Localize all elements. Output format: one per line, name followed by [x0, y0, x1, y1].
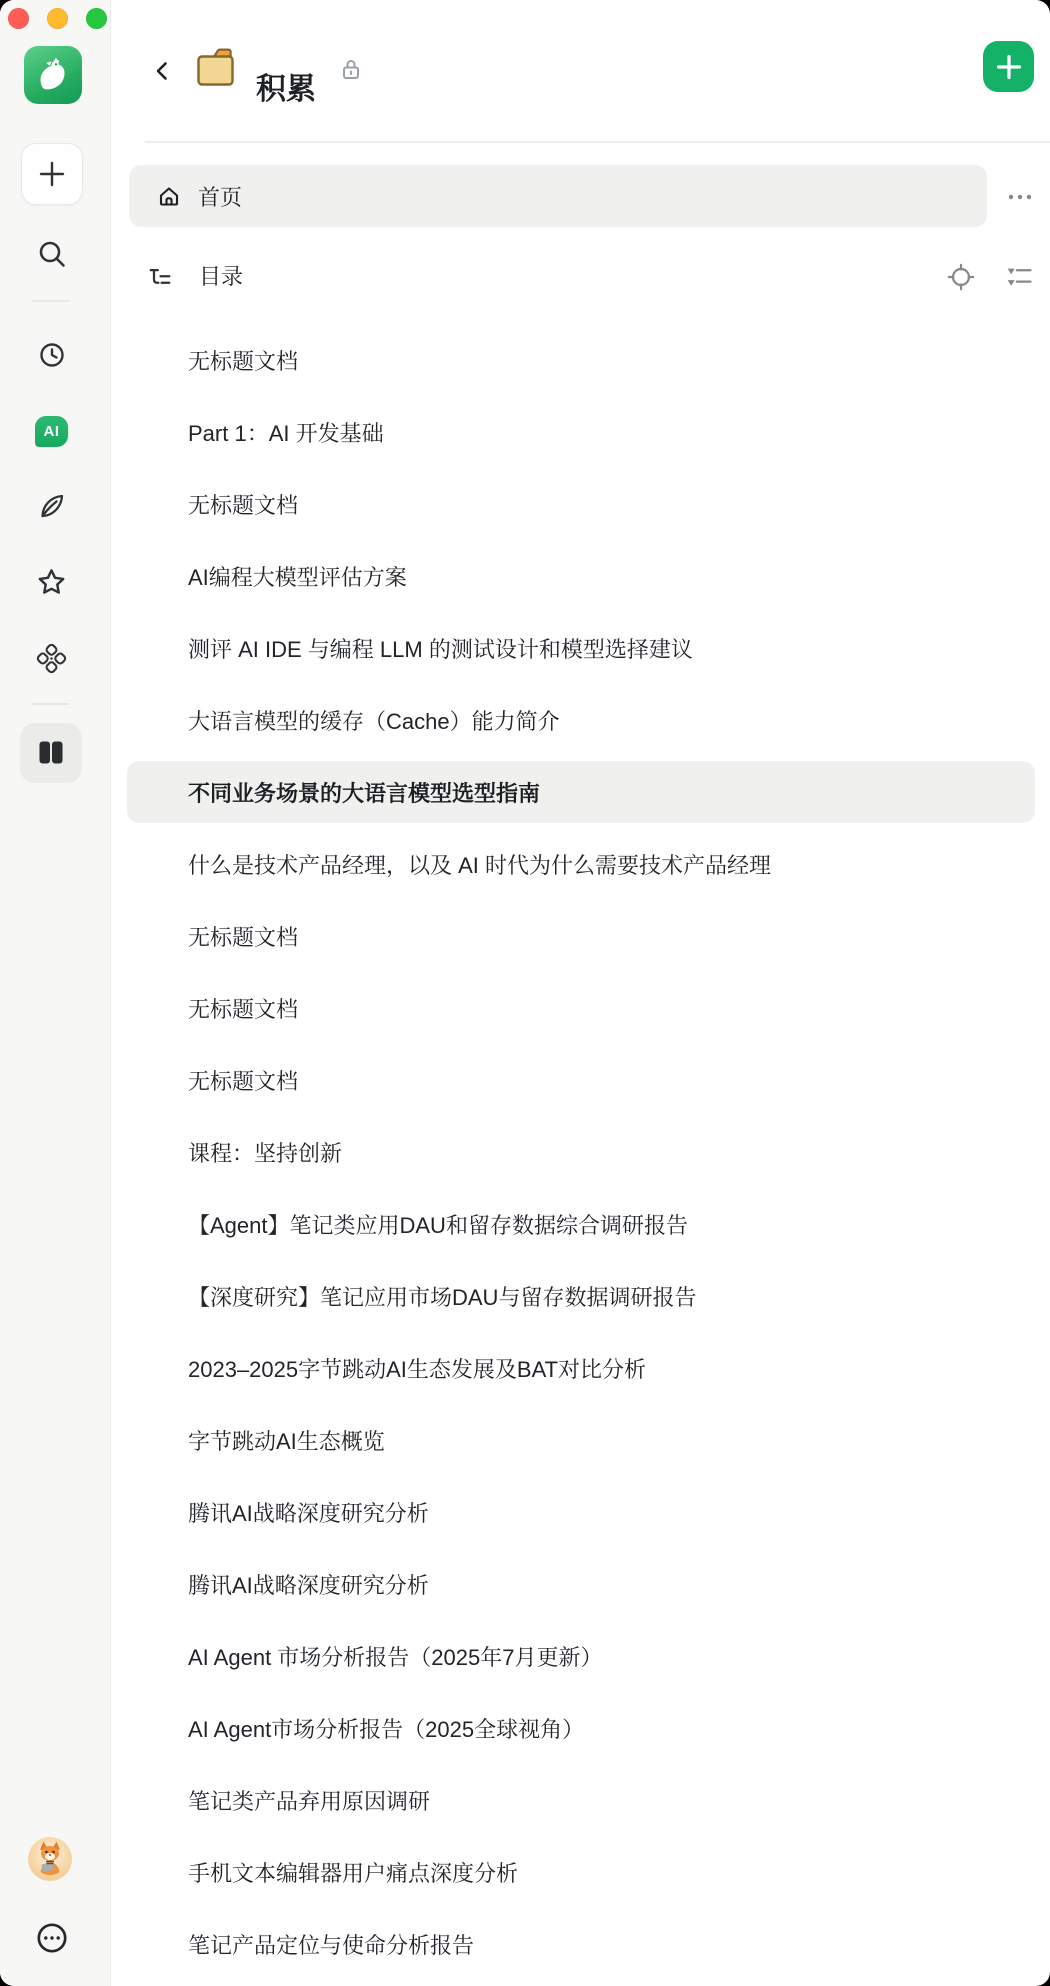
ellipsis-icon: [1007, 192, 1033, 202]
doc-list-item[interactable]: 无标题文档: [0, 1044, 1050, 1116]
doc-list-item[interactable]: 无标题文档: [0, 468, 1050, 540]
doc-list-item[interactable]: 无标题文档: [0, 324, 1050, 396]
doc-title: 什么是技术产品经理，以及 AI 时代为什么需要技术产品经理: [188, 849, 771, 880]
doc-title: 笔记产品定位与使命分析报告: [188, 1929, 474, 1960]
doc-list-item[interactable]: 手机文本编辑器用户痛点深度分析: [0, 1836, 1050, 1908]
doc-list-item[interactable]: 【Agent】笔记类应用DAU和留存数据综合调研报告: [0, 1188, 1050, 1260]
app-logo-icon[interactable]: [24, 46, 82, 104]
folder-icon: [192, 44, 239, 91]
doc-list: 无标题文档 Part 1：AI 开发基础 无标题文档 AI编程大模型评估方案 测…: [0, 324, 1050, 1980]
lock-icon: [341, 57, 361, 81]
doc-list-item[interactable]: Part 1：AI 开发基础: [0, 396, 1050, 468]
minimize-window-button[interactable]: [47, 8, 68, 29]
close-window-button[interactable]: [8, 8, 29, 29]
chevron-left-icon: [151, 59, 175, 83]
doc-list-item[interactable]: 2023–2025字节跳动AI生态发展及BAT对比分析: [0, 1332, 1050, 1404]
search-icon: [36, 238, 68, 270]
doc-list-item[interactable]: 腾讯AI战略深度研究分析: [0, 1548, 1050, 1620]
toc-tree-icon: [148, 265, 172, 289]
doc-list-item[interactable]: 腾讯AI战略深度研究分析: [0, 1476, 1050, 1548]
doc-title: AI Agent 市场分析报告（2025年7月更新）: [188, 1641, 602, 1672]
doc-list-item[interactable]: 字节跳动AI生态概览: [0, 1404, 1050, 1476]
doc-title: 笔记类产品弃用原因调研: [188, 1785, 430, 1816]
collapse-list-icon: [1006, 264, 1033, 291]
doc-title: 腾讯AI战略深度研究分析: [188, 1497, 429, 1528]
home-label: 首页: [198, 181, 242, 212]
sidebar-divider: [32, 300, 70, 302]
doc-list-item[interactable]: 大语言模型的缓存（Cache）能力简介: [0, 684, 1050, 756]
doc-list-item[interactable]: AI Agent市场分析报告（2025全球视角）: [0, 1692, 1050, 1764]
doc-title: 字节跳动AI生态概览: [188, 1425, 385, 1456]
doc-title: 2023–2025字节跳动AI生态发展及BAT对比分析: [188, 1353, 646, 1384]
back-button[interactable]: [149, 57, 177, 85]
doc-title: AI编程大模型评估方案: [188, 561, 407, 592]
doc-list-item[interactable]: 不同业务场景的大语言模型选型指南: [0, 756, 1050, 828]
home-more-button[interactable]: [998, 186, 1042, 208]
doc-list-item[interactable]: 无标题文档: [0, 972, 1050, 1044]
doc-title: 无标题文档: [188, 993, 298, 1024]
doc-title: 无标题文档: [188, 1065, 298, 1096]
doc-list-item[interactable]: 笔记类产品弃用原因调研: [0, 1764, 1050, 1836]
doc-title: 测评 AI IDE 与编程 LLM 的测试设计和模型选择建议: [188, 633, 693, 664]
doc-title: AI Agent市场分析报告（2025全球视角）: [188, 1713, 584, 1744]
home-icon: [157, 184, 181, 208]
doc-list-item[interactable]: 无标题文档: [0, 900, 1050, 972]
doc-title: 不同业务场景的大语言模型选型指南: [188, 777, 540, 808]
header-divider: [145, 141, 1050, 143]
doc-title: 无标题文档: [188, 921, 298, 952]
create-button[interactable]: [983, 41, 1034, 92]
plus-icon: [996, 54, 1022, 80]
app-window: AI: [0, 0, 1050, 1986]
page-title: 积累: [256, 73, 316, 107]
search-button[interactable]: [36, 238, 68, 270]
collapse-outline-button[interactable]: [1006, 264, 1033, 291]
doc-list-item[interactable]: 笔记产品定位与使命分析报告: [0, 1908, 1050, 1980]
doc-title: 腾讯AI战略深度研究分析: [188, 1569, 429, 1600]
doc-list-item[interactable]: 课程：坚持创新: [0, 1116, 1050, 1188]
locate-button[interactable]: [947, 263, 975, 291]
doc-list-item[interactable]: AI Agent 市场分析报告（2025年7月更新）: [0, 1620, 1050, 1692]
doc-title: 【深度研究】笔记应用市场DAU与留存数据调研报告: [188, 1281, 696, 1312]
home-row[interactable]: 首页: [129, 165, 987, 227]
bird-icon: [31, 53, 75, 97]
doc-title: Part 1：AI 开发基础: [188, 417, 384, 448]
doc-title: 无标题文档: [188, 345, 298, 376]
doc-title: 【Agent】笔记类应用DAU和留存数据综合调研报告: [188, 1209, 688, 1240]
doc-title: 课程：坚持创新: [188, 1137, 342, 1168]
doc-list-item[interactable]: 测评 AI IDE 与编程 LLM 的测试设计和模型选择建议: [0, 612, 1050, 684]
new-doc-button[interactable]: [21, 143, 83, 205]
fullscreen-window-button[interactable]: [86, 8, 107, 29]
doc-title: 手机文本编辑器用户痛点深度分析: [188, 1857, 518, 1888]
doc-list-item[interactable]: AI编程大模型评估方案: [0, 540, 1050, 612]
doc-list-item[interactable]: 什么是技术产品经理，以及 AI 时代为什么需要技术产品经理: [0, 828, 1050, 900]
plus-icon: [39, 161, 65, 187]
doc-title: 无标题文档: [188, 489, 298, 520]
crosshair-icon: [947, 263, 975, 291]
doc-list-item[interactable]: 【深度研究】笔记应用市场DAU与留存数据调研报告: [0, 1260, 1050, 1332]
doc-title: 大语言模型的缓存（Cache）能力简介: [188, 705, 560, 736]
toc-label: 目录: [199, 263, 243, 291]
